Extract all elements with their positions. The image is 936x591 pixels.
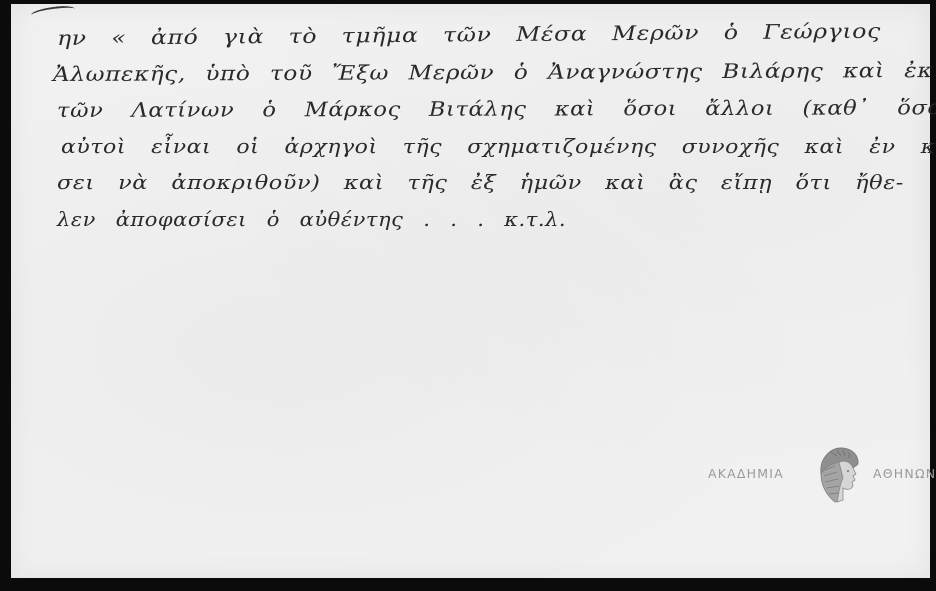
handwritten-line-1: ην « ἀπό γιὰ τὸ τμῆμα τῶν Μέσα Μερῶν ὁ Γ… — [57, 11, 936, 57]
academy-of-athens-watermark: ΑΚΑΔΗΜΙΑ ΑΘΗΝΩΝ — [708, 442, 936, 508]
handwritten-line-4: αὐτοὶ εἶναι οἱ ἀρχηγοὶ τῆς σχηματιζομένη… — [61, 128, 936, 165]
handwritten-line-3: τῶν Λατίνων ὁ Μάρκος Βιτάλης καὶ ὅσοι ἄλ… — [57, 89, 936, 129]
athena-head-emblem-icon — [813, 444, 865, 506]
handwritten-line-5: σει νὰ ἀποκριθοῦν) καὶ τῆς ἐξ ἡμῶν καὶ ἂ… — [57, 164, 936, 201]
manuscript-card: ην « ἀπό γιὰ τὸ τμῆμα τῶν Μέσα Μερῶν ὁ Γ… — [11, 4, 930, 578]
scan-frame: ην « ἀπό γιὰ τὸ τμῆμα τῶν Μέσα Μερῶν ὁ Γ… — [0, 0, 936, 591]
handwritten-text-block: ην « ἀπό γιὰ τὸ τμῆμα τῶν Μέσα Μερῶν ὁ Γ… — [57, 16, 917, 238]
watermark-left-text: ΑΚΑΔΗΜΙΑ — [708, 466, 784, 481]
handwritten-line-6: λεν ἀποφασίσει ὁ αὐθέντης . . . κ.τ.λ. — [57, 201, 936, 238]
handwritten-line-2: Ἀλωπεκῆς, ὑπὸ τοῦ Ἔξω Μερῶν ὁ Ἀναγνώστης… — [53, 51, 936, 93]
watermark-right-text: ΑΘΗΝΩΝ — [873, 466, 936, 481]
